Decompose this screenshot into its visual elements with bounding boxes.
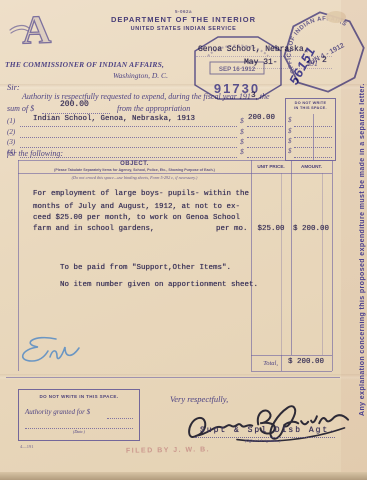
sum-typed: 200.00: [60, 100, 89, 109]
dnw-divider: [313, 114, 314, 160]
total-row-bottom-border: [251, 371, 332, 372]
body-line-1: For employment of large boys- pupils- wi…: [33, 190, 249, 198]
table-right-border: [332, 160, 333, 371]
whiteout-blob: [326, 11, 346, 23]
unit-price-header: UNIT PRICE.: [251, 164, 291, 169]
body-line-3: ceed $25.00 per month, to work on Genoa …: [33, 214, 240, 222]
row1-amount-rule: [247, 125, 283, 127]
row2-dollar: $: [240, 127, 244, 136]
row3-rule: [20, 146, 237, 148]
note-line-1: To be paid from "Support,Other Items".: [60, 264, 231, 272]
filed-stamp: FILED BY J. W. B.: [126, 446, 210, 454]
object-subheader: (Please Tabulate Separately Items for Ag…: [18, 168, 251, 172]
authority-box-title: DO NOT WRITE IN THIS SPACE.: [19, 394, 139, 399]
body-line-2: months of July and August, 1912, at not …: [33, 203, 240, 211]
total-value: $ 200.00: [288, 358, 324, 366]
designation-label: (Official designation.): [245, 438, 281, 443]
row3-dollar: $: [240, 137, 244, 146]
object-note: (Do not crowd this space—use binding she…: [18, 175, 251, 180]
dnw-row1-dollar: $: [288, 116, 292, 124]
row1-num: (1): [7, 117, 15, 125]
pencil-initials: Esh: [12, 330, 82, 372]
for-following-label: for the following:: [7, 149, 63, 158]
appropriation-label: from the appropriation: [117, 104, 190, 113]
unit-cents-line: [281, 173, 282, 355]
row3-num: (3): [7, 138, 15, 146]
row1-typed-text: Indian School, Genoa, Nebraska, 1913: [33, 115, 195, 123]
scanned-form-document: 5-062a DEPARTMENT OF THE INTERIOR UNITED…: [0, 0, 367, 480]
table-header-border: [18, 173, 332, 174]
svg-text:SEP 16 1912: SEP 16 1912: [219, 66, 256, 73]
do-not-write-box-top: DO NOT WRITE IN THIS SPACE. $ $ $ $: [285, 98, 336, 161]
logo-flourish: [8, 22, 30, 36]
total-row-top-border: [251, 355, 332, 356]
row4-amount-rule: [247, 156, 283, 158]
dnw-row4-dollar: $: [288, 147, 292, 155]
dnw-row3-dollar: $: [288, 137, 292, 145]
svg-text:91730: 91730: [214, 81, 260, 96]
table-col2-border: [291, 160, 292, 355]
page-bottom-rule: [6, 377, 340, 378]
row1-amount-typed: 200.00: [248, 114, 275, 122]
sum-label: sum of $: [7, 104, 34, 113]
amount-value: $ 200.00: [293, 225, 329, 233]
row4-dollar: $: [240, 147, 244, 156]
row2-amount-rule: [247, 136, 283, 138]
object-header: OBJECT.: [18, 161, 251, 167]
sum-rule: [42, 112, 110, 114]
authority-box-date-label: (Date.): [19, 429, 139, 434]
salutation: Sir:: [7, 82, 20, 92]
recipient-city: Washington, D. C.: [113, 71, 168, 80]
office-stamp: OFFICE OF INDIAN AFFAIRS JUN 4 - 1912: [276, 2, 367, 102]
bottom-edge-shadow: [0, 472, 367, 480]
total-row-divider: [281, 355, 282, 371]
dnw-row2-dollar: $: [288, 127, 292, 135]
row2-rule: [20, 136, 237, 138]
note-line-2: No item number given on apportionment sh…: [60, 281, 258, 289]
authority-box-label: Authority granted for $: [25, 408, 90, 416]
dnw-top-title2: IN THIS SPACE.: [286, 106, 335, 110]
body-line-4: farm and in school gardens,: [33, 225, 155, 233]
authority-granted-box: DO NOT WRITE IN THIS SPACE. Authority gr…: [18, 389, 140, 441]
row3-amount-rule: [247, 146, 283, 148]
amount-cents-line: [322, 173, 323, 355]
form-number-bottom: 4—191: [20, 444, 34, 449]
recipient-line: THE COMMISSIONER OF INDIAN AFFAIRS,: [5, 60, 164, 69]
amount-header: AMOUNT.: [291, 164, 332, 169]
signature-title-typed: Supt & Spl Disb Agt.: [200, 426, 336, 435]
received-stamp: SEP 16 1912 91730: [194, 36, 282, 100]
side-margin-note: Any explanation concerning this proposed…: [359, 25, 366, 475]
total-label: Total,: [230, 360, 278, 367]
authority-box-amount-rule: [107, 417, 133, 419]
row1-dollar: $: [240, 116, 244, 125]
unit-price-value: $25.00: [253, 225, 289, 233]
table-col1-border: [251, 160, 252, 371]
row2-num: (2): [7, 128, 15, 136]
per-unit-label: per mo.: [216, 225, 248, 233]
row1-rule: [20, 125, 237, 127]
